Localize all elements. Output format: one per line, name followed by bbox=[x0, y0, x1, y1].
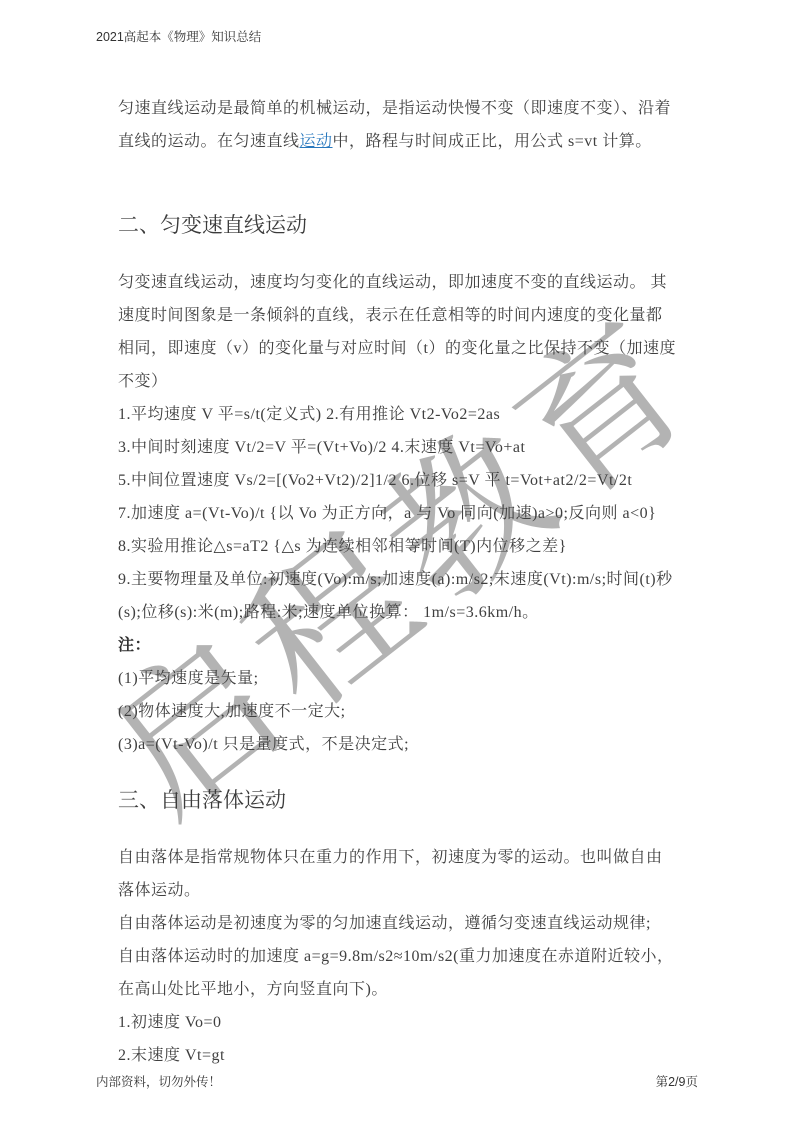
free-fall-item-1: 1.初速度 Vo=0 bbox=[118, 1006, 676, 1039]
document-body: 匀速直线运动是最简单的机械运动，是指运动快慢不变（即速度不变）、沿着直线的运动。… bbox=[118, 0, 676, 1072]
note-item-2: (2)物体速度大,加速度不一定大; bbox=[118, 695, 676, 728]
intro-text-after-link: 中，路程与时间成正比，用公式 s=vt 计算。 bbox=[333, 133, 652, 150]
inline-link-yundong[interactable]: 运动 bbox=[300, 133, 333, 150]
note-item-3: (3)a=(Vt-Vo)/t 只是量度式，不是决定式; bbox=[118, 728, 676, 761]
formula-item-7: 7.加速度 a=(Vt-Vo)/t {以 Vo 为正方向，a 与 Vo 同向(加… bbox=[118, 497, 676, 530]
document-page: 2021高起本《物理》知识总结 启程教育 匀速直线运动是最简单的机械运动，是指运… bbox=[0, 0, 794, 1122]
formula-item-9: 9.主要物理量及单位:初速度(Vo):m/s;加速度(a):m/s2;末速度(V… bbox=[118, 563, 676, 629]
section3-paragraph-2: 自由落体运动是初速度为零的匀加速直线运动，遵循匀变速直线运动规律; bbox=[118, 907, 676, 940]
formula-item-8: 8.实验用推论△s=aT2 {△s 为连续相邻相等时间(T)内位移之差} bbox=[118, 530, 676, 563]
free-fall-item-2: 2.末速度 Vt=gt bbox=[118, 1039, 676, 1072]
section-heading-uniform-acceleration: 二、匀变速直线运动 bbox=[118, 210, 676, 240]
footer-confidential-note: 内部资料，切勿外传！ bbox=[96, 1072, 221, 1090]
formula-item-1-2: 1.平均速度 V 平=s/t(定义式) 2.有用推论 Vt2-Vo2=2as bbox=[118, 398, 676, 431]
footer-page-number: 第2/9页 bbox=[656, 1072, 698, 1090]
section3-paragraph-1: 自由落体是指常规物体只在重力的作用下，初速度为零的运动。也叫做自由落体运动。 bbox=[118, 841, 676, 907]
document-footer: 内部资料，切勿外传！ 第2/9页 bbox=[96, 1072, 698, 1090]
formula-item-3-4: 3.中间时刻速度 Vt/2=V 平=(Vt+Vo)/2 4.末速度 Vt=Vo+… bbox=[118, 431, 676, 464]
section3-paragraph-3: 自由落体运动时的加速度 a=g=9.8m/s2≈10m/s2(重力加速度在赤道附… bbox=[118, 940, 676, 1006]
intro-paragraph: 匀速直线运动是最简单的机械运动，是指运动快慢不变（即速度不变）、沿着直线的运动。… bbox=[118, 92, 676, 158]
note-item-1: (1)平均速度是矢量; bbox=[118, 662, 676, 695]
formula-item-5-6: 5.中间位置速度 Vs/2=[(Vo2+Vt2)/2]1/2 6.位移 s=V … bbox=[118, 464, 676, 497]
note-label: 注： bbox=[118, 629, 676, 662]
section2-paragraph: 匀变速直线运动，速度均匀变化的直线运动，即加速度不变的直线运动。 其速度时间图象… bbox=[118, 266, 676, 398]
section-heading-free-fall: 三、自由落体运动 bbox=[118, 785, 676, 815]
